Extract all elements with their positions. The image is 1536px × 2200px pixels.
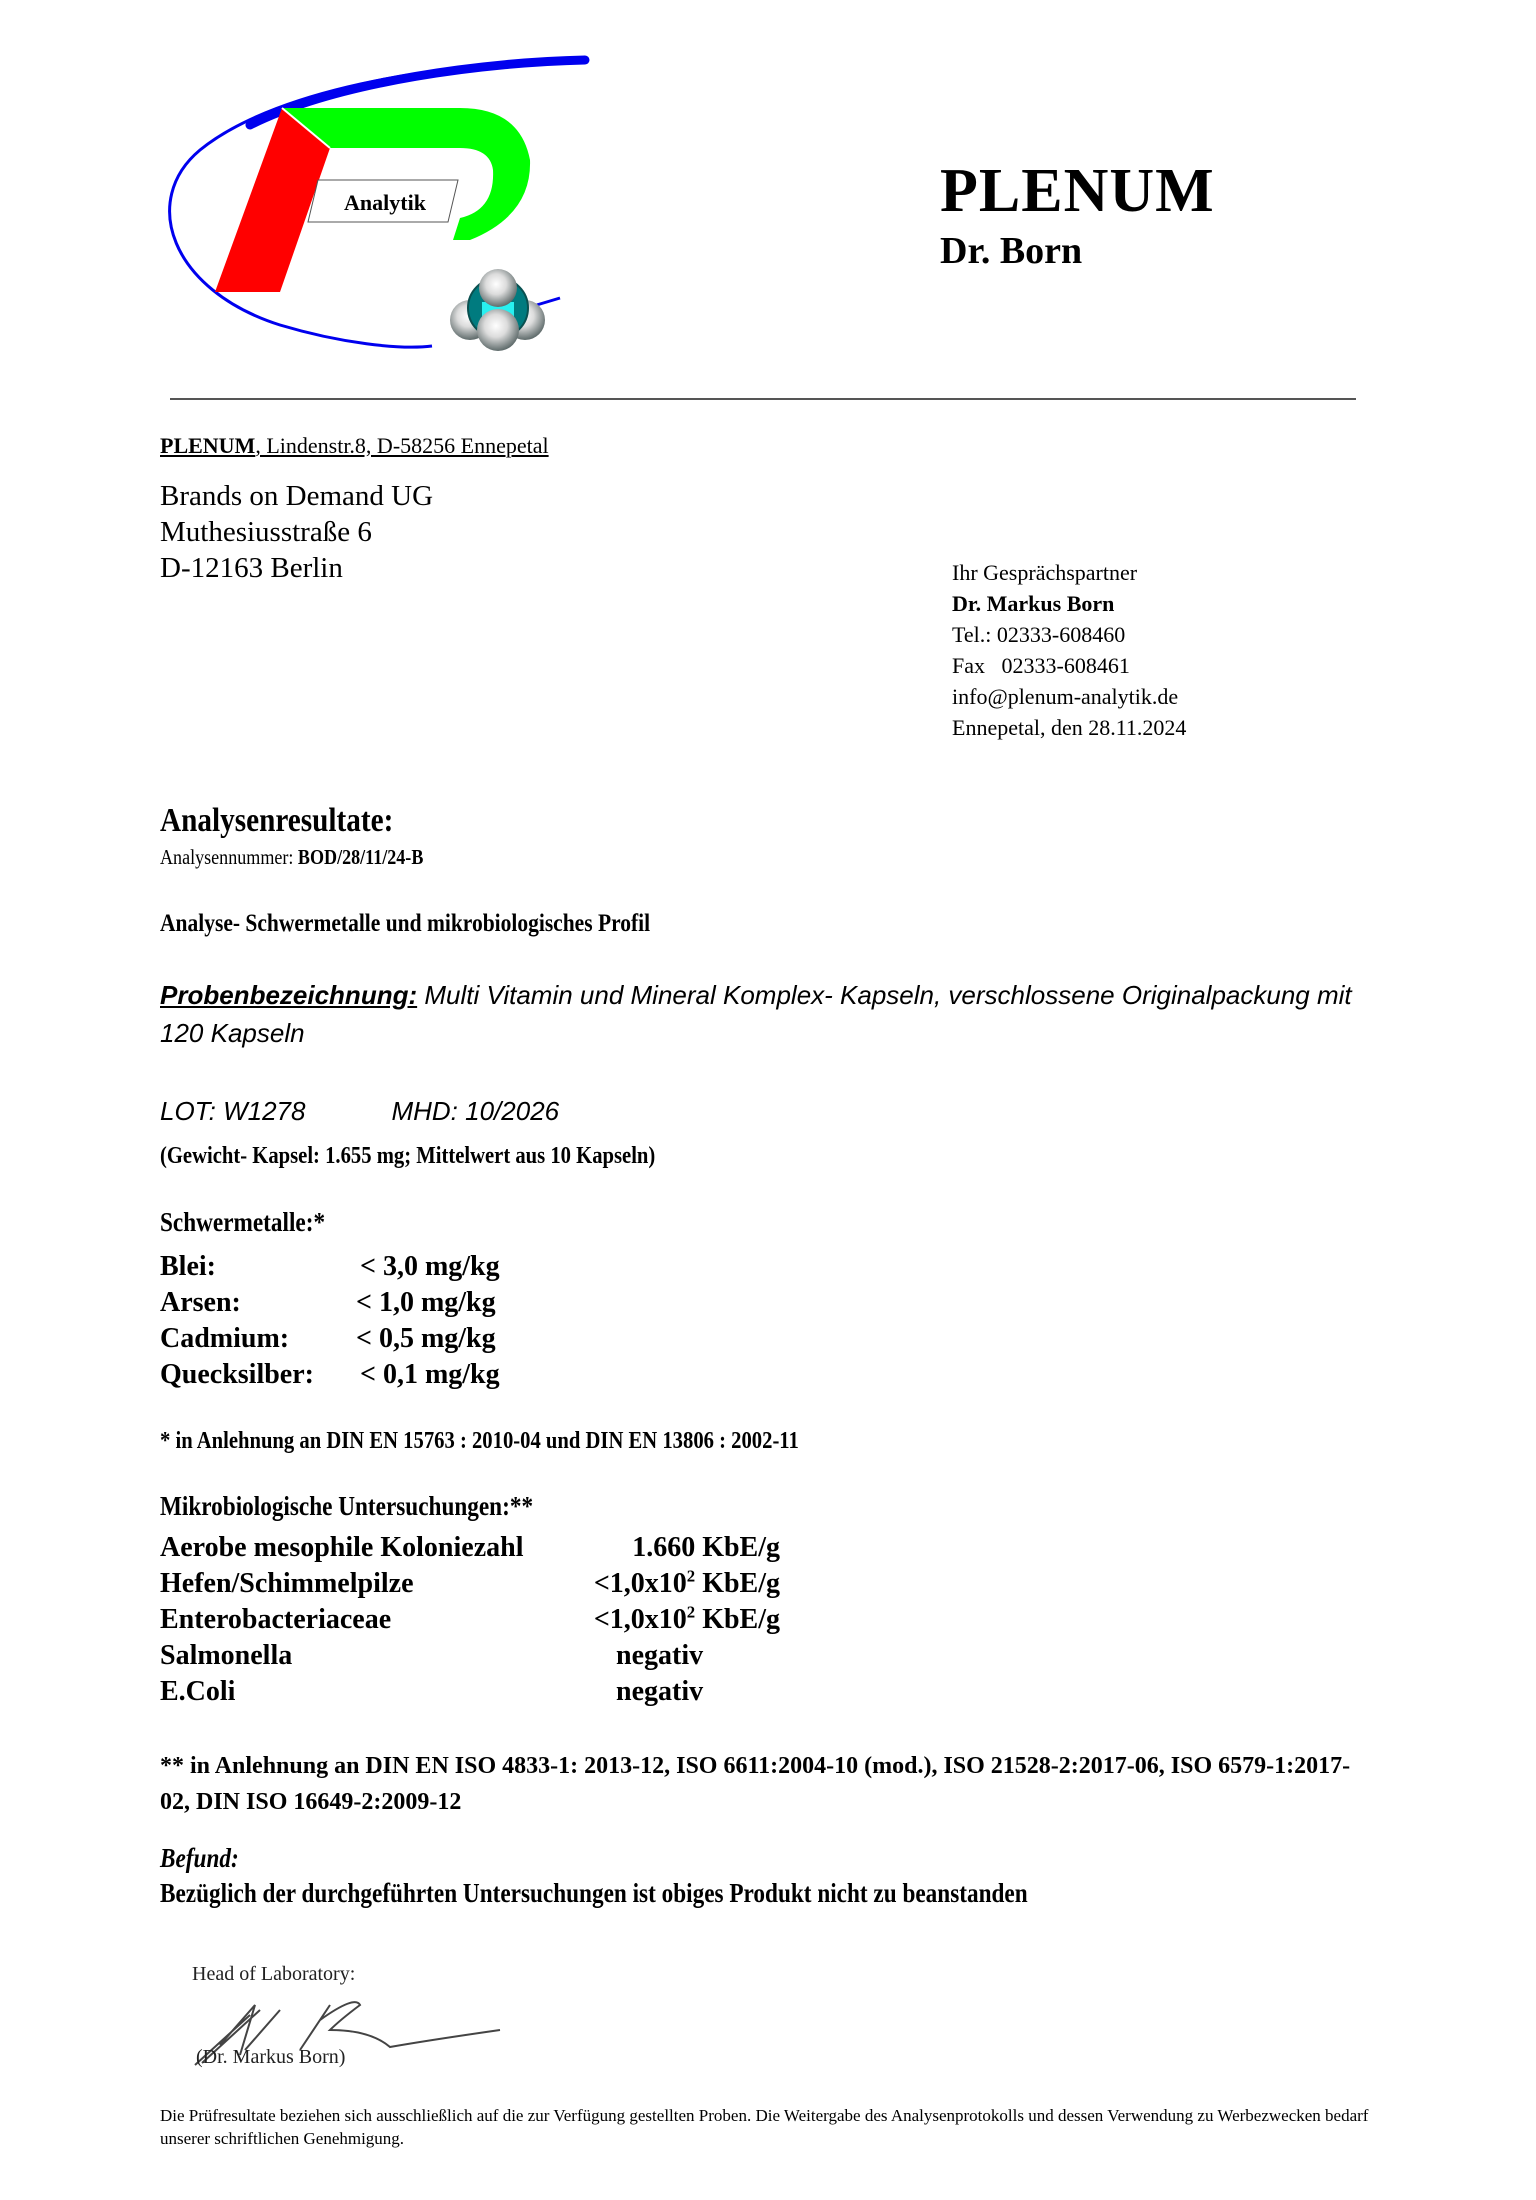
heavy-metal-row: Cadmium:< 0,5 mg/kg xyxy=(160,1321,500,1357)
header-divider xyxy=(170,398,1356,400)
contact-fax: Fax 02333-608461 xyxy=(952,650,1186,681)
microbiology-row: Enterobacteriaceae<1,0x102 KbE/g xyxy=(160,1602,780,1638)
lot-number: LOT: W1278 xyxy=(160,1096,305,1126)
results-title: Analysenresultate: xyxy=(160,802,431,840)
disclaimer: Die Prüfresultate beziehen sich ausschli… xyxy=(160,2104,1380,2150)
signature-name: (Dr. Markus Born) xyxy=(196,2046,345,2069)
finding-text: Bezüglich der durchgeführten Untersuchun… xyxy=(160,1878,1169,1909)
sender-address-line: PLENUM, Lindenstr.8, D-58256 Ennepetal xyxy=(160,433,549,459)
heavy-metal-row: Arsen:< 1,0 mg/kg xyxy=(160,1285,500,1321)
finding-label: Befund: xyxy=(160,1843,252,1874)
contact-name: Dr. Markus Born xyxy=(952,588,1186,619)
brand-subtitle: Dr. Born xyxy=(940,232,1082,270)
contact-phone: Tel.: 02333-608460 xyxy=(952,619,1186,650)
analysis-number: Analysennummer: BOD/28/11/24-B xyxy=(160,845,466,870)
contact-heading: Ihr Gesprächspartner xyxy=(952,557,1186,588)
analysis-number-label: Analysennummer: xyxy=(160,845,298,869)
sample-label: Probenbezeichnung: xyxy=(160,980,417,1010)
recipient-address: Brands on Demand UG Muthesiusstraße 6 D-… xyxy=(160,478,433,586)
analysis-title: Analyse- Schwermetalle und mikrobiologis… xyxy=(160,910,730,938)
heavy-metals-footnote: * in Anlehnung an DIN EN 15763 : 2010-04… xyxy=(160,1428,903,1455)
signature-heading: Head of Laboratory: xyxy=(192,1963,355,1986)
microbiology-row: E.Colinegativ xyxy=(160,1674,780,1710)
microbiology-title: Mikrobiologische Untersuchungen:** xyxy=(160,1491,594,1522)
analysis-number-value: BOD/28/11/24-B xyxy=(298,845,423,869)
heavy-metal-row: Quecksilber:< 0,1 mg/kg xyxy=(160,1357,500,1393)
molecule-icon xyxy=(450,269,545,351)
microbiology-table: Aerobe mesophile Koloniezahl1.660 KbE/g … xyxy=(160,1530,780,1710)
recipient-line: Muthesiusstraße 6 xyxy=(160,514,433,550)
heavy-metals-table: Blei:< 3,0 mg/kg Arsen:< 1,0 mg/kg Cadmi… xyxy=(160,1249,500,1393)
sample-description: Probenbezeichnung: Multi Vitamin und Min… xyxy=(160,976,1360,1052)
heavy-metals-title: Schwermetalle:* xyxy=(160,1207,352,1238)
plenum-analytik-logo: Analytik xyxy=(160,40,640,370)
contact-email[interactable]: info@plenum-analytik.de xyxy=(952,681,1186,712)
contact-block: Ihr Gesprächspartner Dr. Markus Born Tel… xyxy=(952,557,1186,743)
lot-line: LOT: W1278MHD: 10/2026 xyxy=(160,1096,559,1127)
capsule-weight: (Gewicht- Kapsel: 1.655 mg; Mittelwert a… xyxy=(160,1143,736,1170)
brand-name: PLENUM xyxy=(940,160,1215,222)
best-before: MHD: 10/2026 xyxy=(391,1096,559,1126)
recipient-line: D-12163 Berlin xyxy=(160,550,433,586)
recipient-line: Brands on Demand UG xyxy=(160,478,433,514)
sender-company: PLENUM xyxy=(160,433,255,458)
heavy-metal-row: Blei:< 3,0 mg/kg xyxy=(160,1249,500,1285)
microbiology-row: Hefen/Schimmelpilze<1,0x102 KbE/g xyxy=(160,1566,780,1602)
logo-label: Analytik xyxy=(344,190,427,215)
sender-address: , Lindenstr.8, D-58256 Ennepetal xyxy=(255,433,548,458)
microbiology-footnote: ** in Anlehnung an DIN EN ISO 4833-1: 20… xyxy=(160,1748,1370,1820)
microbiology-row: Salmonellanegativ xyxy=(160,1638,780,1674)
microbiology-row: Aerobe mesophile Koloniezahl1.660 KbE/g xyxy=(160,1530,780,1566)
place-date: Ennepetal, den 28.11.2024 xyxy=(952,712,1186,743)
